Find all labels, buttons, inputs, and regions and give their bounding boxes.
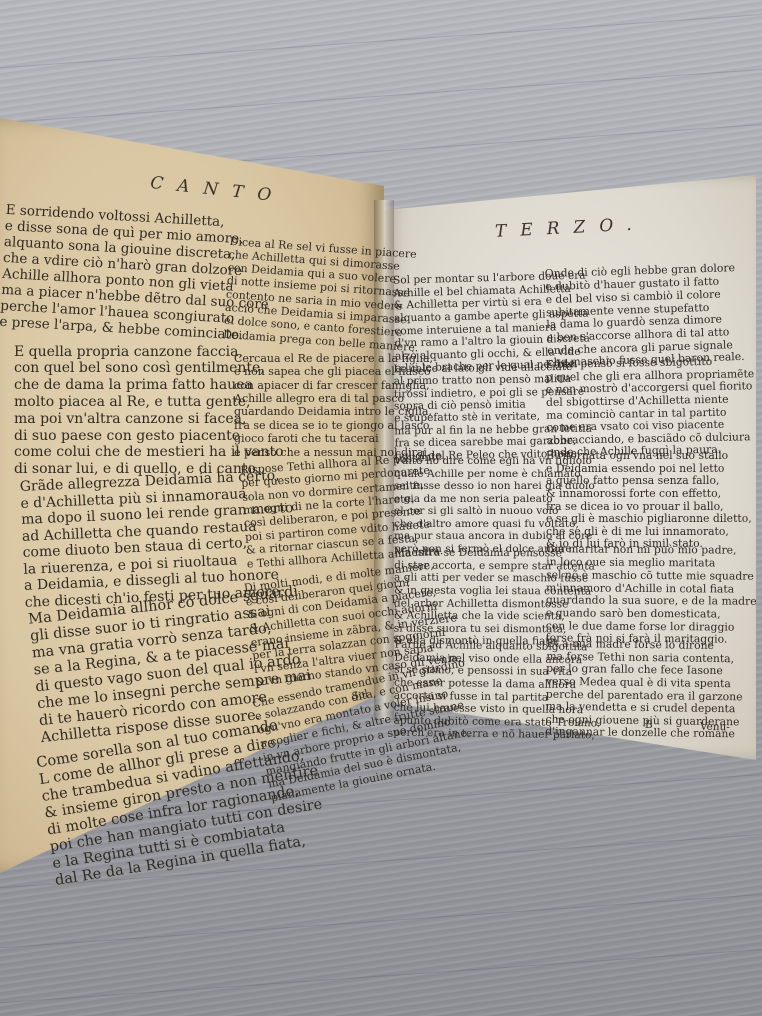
signature-mark: B [645,719,653,731]
catchword-right: Venu- [700,721,730,734]
catchword-prefix: Troiano. [556,716,601,729]
